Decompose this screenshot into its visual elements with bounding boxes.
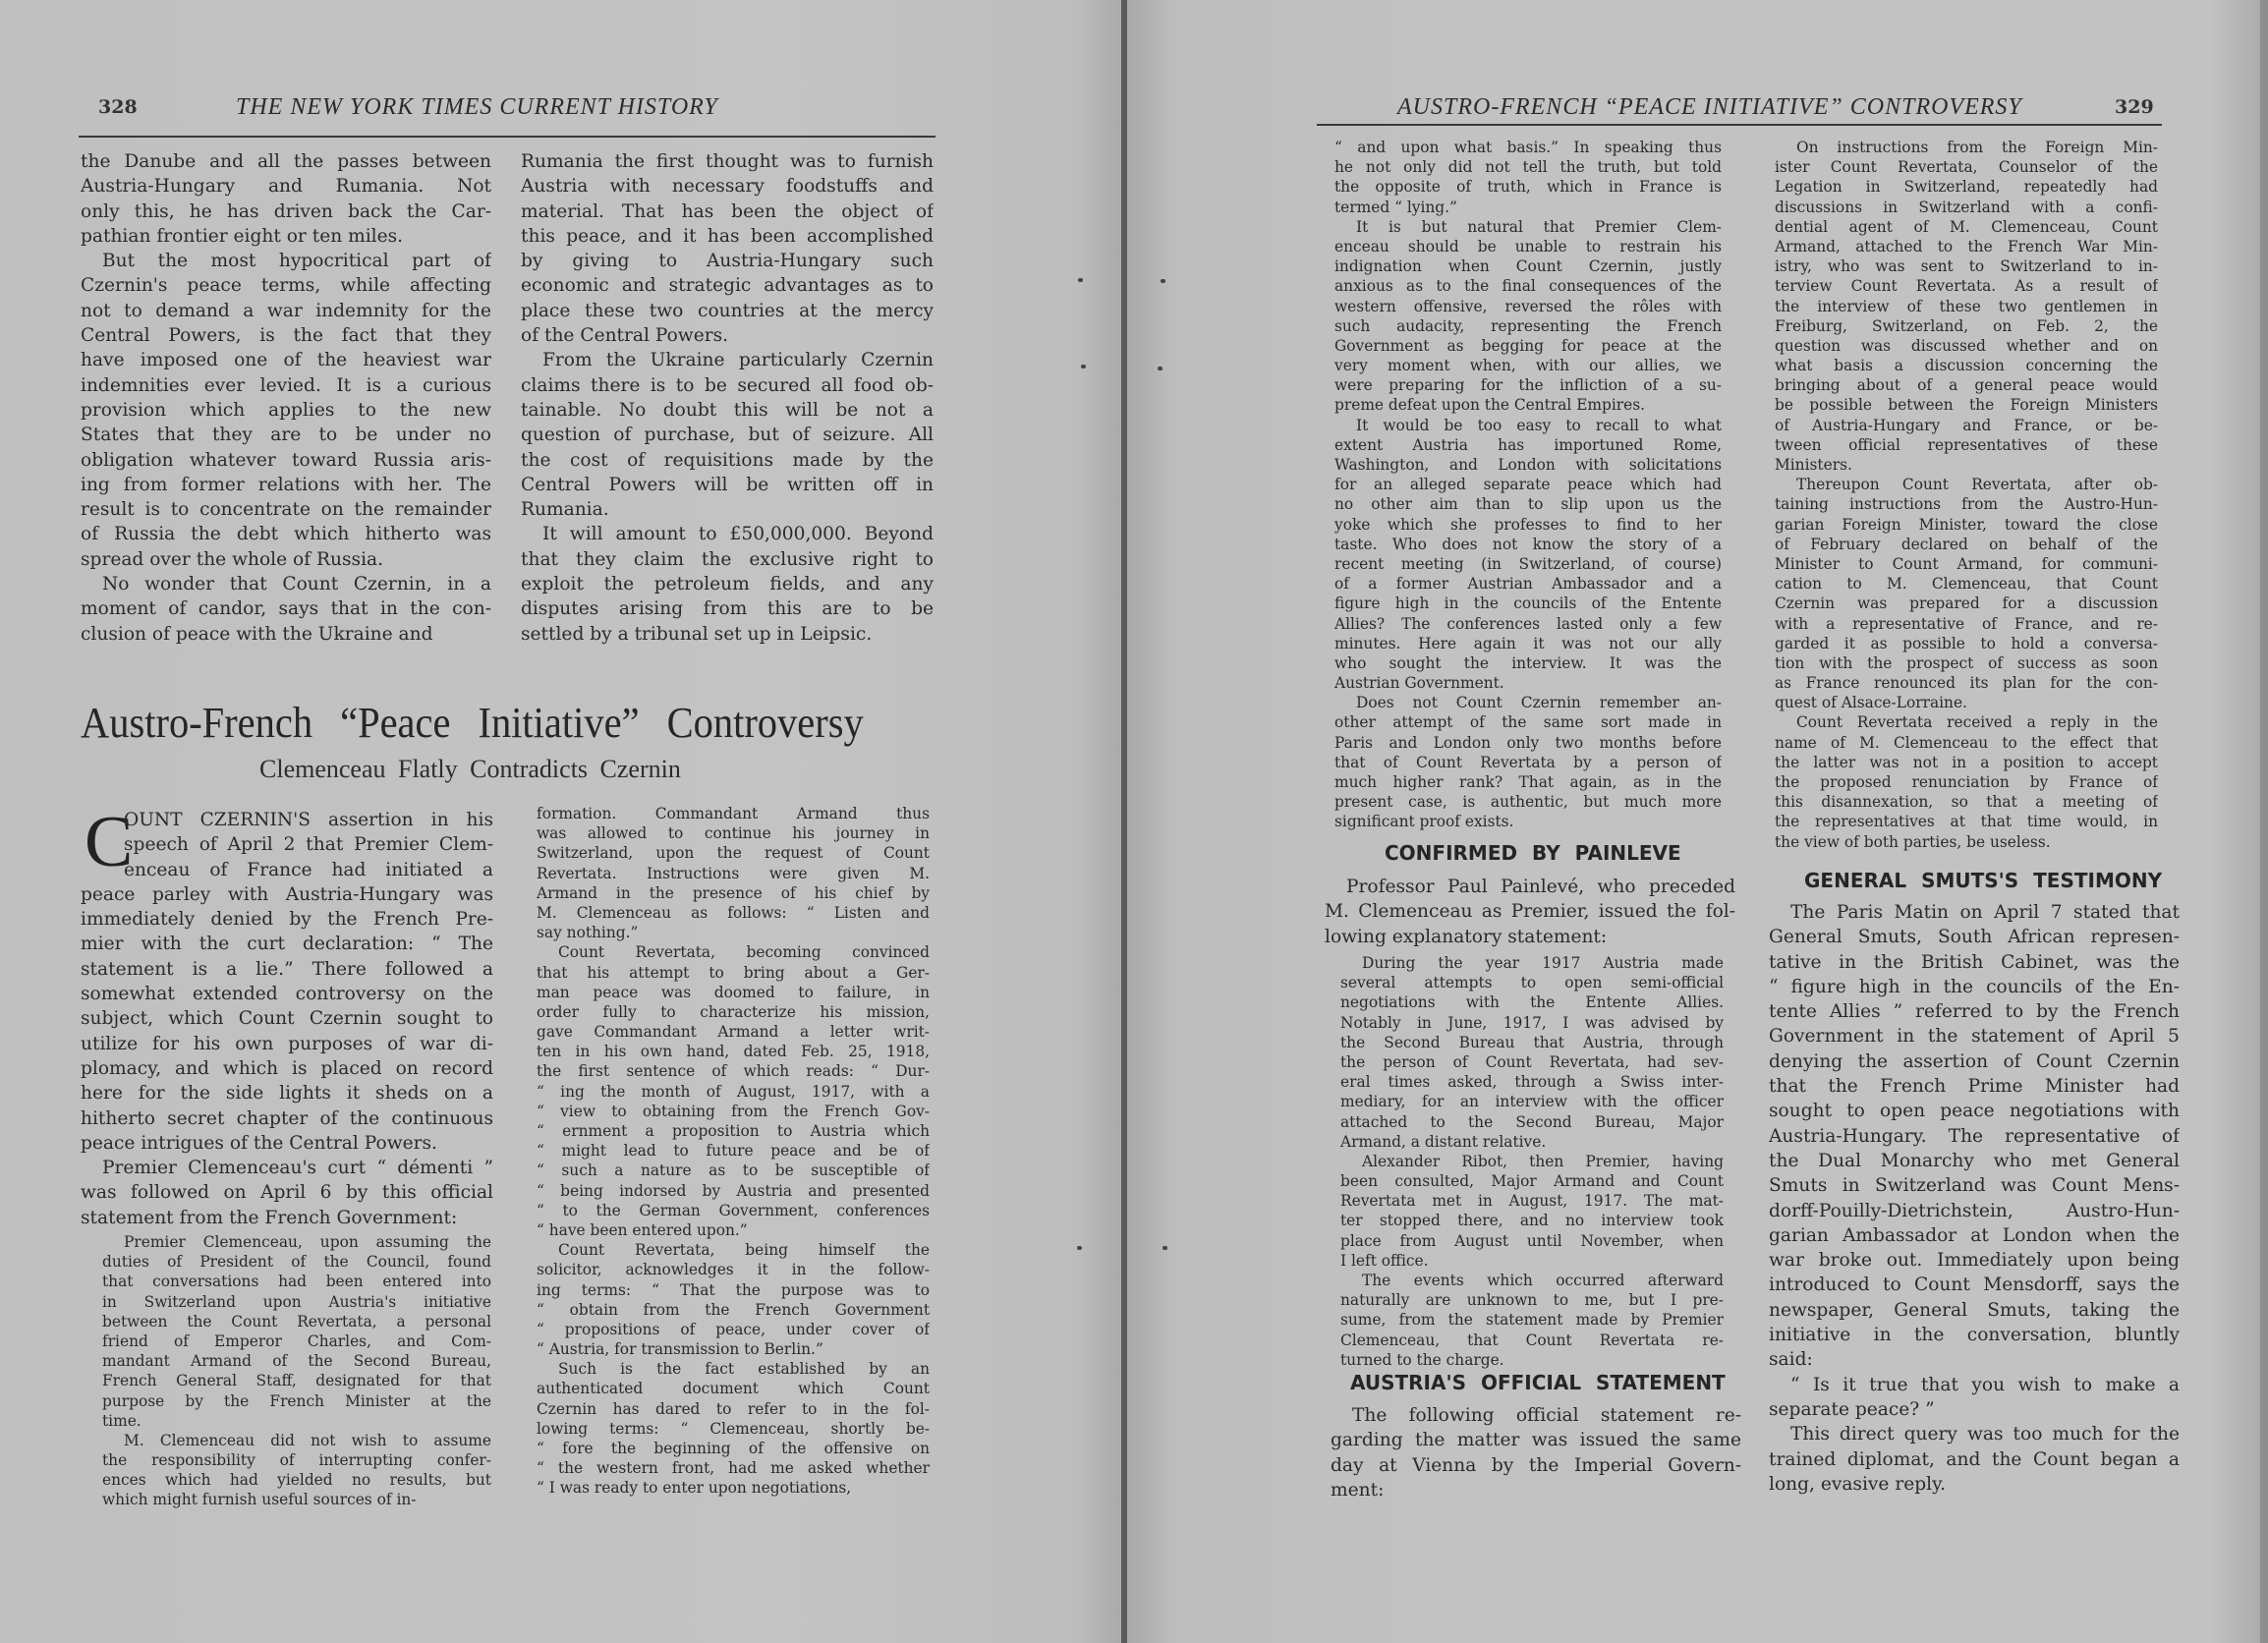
text-line: Washington, and London with solicitation… (1334, 455, 1722, 475)
article-intro: OUNT CZERNIN'S assertion in hisspeech of… (81, 808, 493, 1230)
text-line: dorff-Pouilly-Dietrichstein, Austro-Hun- (1769, 1199, 2180, 1223)
text-line: discussions in Switzerland with a confi- (1775, 198, 2158, 217)
text-line: long, evasive reply. (1769, 1472, 2180, 1497)
text-line: material. That has been the object of (521, 199, 934, 224)
text-line: French General Staff, designated for tha… (102, 1371, 491, 1390)
text-line: statement is a lie.” There followed a (81, 957, 493, 982)
text-line: Rumania. (521, 497, 934, 522)
text-line: the person of Count Revertata, had sev- (1340, 1052, 1724, 1072)
text-line: this peace, and it has been accomplished (521, 224, 934, 249)
text-line: “ view to obtaining from the French Gov- (537, 1102, 930, 1121)
text-line: Revertata. Instructions were given M. (537, 864, 930, 883)
text-line: mier with the curt declaration: “ The (81, 932, 493, 956)
text-line: several attempts to open semi-official (1340, 973, 1724, 992)
text-line: States that they are to be under no (81, 423, 491, 447)
speck (1158, 367, 1162, 370)
text-line: order fully to characterize his mission, (537, 1002, 930, 1022)
text-line: man peace was doomed to failure, in (537, 983, 930, 1002)
text-line: But the most hypocritical part of (81, 249, 491, 273)
text-line: in Switzerland upon Austria's initiative (102, 1292, 491, 1312)
text-line: be possible between the Foreign Minister… (1775, 395, 2158, 415)
text-line: The events which occurred afterward (1340, 1271, 1724, 1290)
text-line: This direct query was too much for the (1769, 1422, 2180, 1446)
text-line: M. Clemenceau as Premier, issued the fol… (1325, 899, 1735, 924)
text-line: Smuts in Switzerland was Count Mens- (1769, 1173, 2180, 1198)
text-line: garded it as possible to hold a conversa… (1775, 634, 2158, 653)
text-line: “ the western front, had me asked whethe… (537, 1458, 930, 1478)
text-line: say nothing.” (537, 923, 930, 942)
text-line: quest of Alsace-Lorraine. (1775, 693, 2158, 712)
text-line: initiative in the conversation, bluntly (1769, 1323, 2180, 1347)
text-line: indemnities ever levied. It is a curious (81, 373, 491, 398)
speck (1162, 1246, 1167, 1250)
text-line: utilize for his own purposes of war di- (81, 1032, 493, 1056)
text-line: spread over the whole of Russia. (81, 547, 491, 572)
text-line: which might furnish useful sources of in… (102, 1490, 491, 1509)
text-line: “ such a nature as to be susceptible of (537, 1161, 930, 1180)
text-line: the Dual Monarchy who met General (1769, 1149, 2180, 1173)
text-line: bringing about of a general peace would (1775, 375, 2158, 395)
text-line: Ministers. (1775, 455, 2158, 475)
text-line: for an alleged separate peace which had (1334, 475, 1722, 494)
text-line: ten in his own hand, dated Feb. 25, 1918… (537, 1042, 930, 1061)
text-line: “ and upon what basis.” In speaking thus (1334, 138, 1722, 157)
text-line: speech of April 2 that Premier Clem- (81, 832, 493, 857)
text-line: M. Clemenceau did not wish to assume (102, 1431, 491, 1450)
text-line: ences which had yielded no results, but (102, 1470, 491, 1490)
text-line: the responsibility of interrupting confe… (102, 1450, 491, 1470)
column-left-top: the Danube and all the passes betweenAus… (81, 149, 491, 647)
text-line: moment of candor, says that in the con- (81, 596, 491, 621)
text-line: other attempt of the same sort made in (1334, 712, 1722, 732)
text-line: “ fore the beginning of the offensive on (537, 1439, 930, 1458)
text-line: tente Allies ” referred to by the French (1769, 999, 2180, 1024)
section-heading-austria: AUSTRIA'S OFFICIAL STATEMENT (1350, 1371, 1726, 1394)
text-line: taste. Who does not know the story of a (1334, 535, 1722, 554)
text-line: Switzerland, upon the request of Count (537, 843, 930, 863)
text-line: time. (102, 1411, 491, 1431)
text-line: Premier Clemenceau's curt “ démenti ” (81, 1156, 493, 1180)
text-line: immediately denied by the French Pre- (81, 907, 493, 932)
text-line: preme defeat upon the Central Empires. (1334, 395, 1722, 415)
speck (1081, 365, 1086, 368)
text-line: here for the side lights it sheds on a (81, 1081, 493, 1105)
book-gutter (1121, 0, 1127, 1643)
text-line: question of purchase, but of seizure. Al… (521, 423, 934, 447)
text-line: western offensive, reversed the rôles wi… (1334, 297, 1722, 316)
text-line: Count Revertata, being himself the (537, 1240, 930, 1260)
austria-intro: The following official statement re-gard… (1331, 1403, 1741, 1502)
text-line: sought to open peace negotiations with (1769, 1099, 2180, 1123)
text-line: war broke out. Immediately upon being (1769, 1248, 2180, 1273)
text-line: that conversations had been entered into (102, 1272, 491, 1291)
page-number: 328 (98, 96, 138, 118)
text-line: day at Vienna by the Imperial Govern- (1331, 1453, 1741, 1478)
text-line: formation. Commandant Armand thus (537, 804, 930, 823)
text-line: enceau of France had initiated a (81, 858, 493, 882)
text-line: Rumania the first thought was to furnish (521, 149, 934, 174)
text-line: Czernin's peace terms, while affecting (81, 273, 491, 298)
text-line: It would be too easy to recall to what (1334, 416, 1722, 435)
text-line: name of M. Clemenceau to the effect that (1775, 733, 2158, 753)
text-line: only this, he has driven back the Car- (81, 199, 491, 224)
text-line: that of Count Revertata by a person of (1334, 753, 1722, 772)
text-line: extent Austria has importuned Rome, (1334, 435, 1722, 455)
text-line: “ have been entered upon.” (537, 1220, 930, 1240)
text-line: No wonder that Count Czernin, in a (81, 572, 491, 596)
text-line: “ ing the month of August, 1917, with a (537, 1082, 930, 1102)
text-line: claims there is to be secured all food o… (521, 373, 934, 398)
text-line: that they claim the exclusive right to (521, 547, 934, 572)
text-line: significant proof exists. (1334, 812, 1722, 831)
text-line: Armand, a distant relative. (1340, 1132, 1724, 1152)
text-line: ister Count Revertata, Counselor of the (1775, 157, 2158, 177)
text-line: of the Central Powers. (521, 323, 934, 348)
speck (1077, 1246, 1082, 1250)
text-line: of Austria-Hungary and France, or be- (1775, 416, 2158, 435)
page-number: 329 (2115, 96, 2154, 118)
text-line: Paris and London only two months before (1334, 733, 1722, 753)
text-line: no other aim than to slip upon us the (1334, 494, 1722, 514)
text-line: Austria with necessary foodstuffs and (521, 174, 934, 198)
text-line: ing from former relations with her. The (81, 473, 491, 497)
text-line: Czernin was prepared for a discussion (1775, 594, 2158, 613)
text-line: minutes. Here again it was not our ally (1334, 634, 1722, 653)
text-line: “ Is it true that you wish to make a (1769, 1373, 2180, 1397)
text-line: solicitor, acknowledges it in the follow… (537, 1260, 930, 1279)
austria-statement: On instructions from the Foreign Min-ist… (1775, 138, 2158, 852)
text-line: During the year 1917 Austria made (1340, 953, 1724, 973)
text-line: obligation whatever toward Russia aris- (81, 448, 491, 473)
text-line: tion with the prospect of success as soo… (1775, 653, 2158, 673)
running-head: THE NEW YORK TIMES CURRENT HISTORY (236, 94, 718, 128)
text-line: “ I was ready to enter upon negotiations… (537, 1478, 930, 1498)
text-line: Minister to Count Armand, for communi- (1775, 554, 2158, 574)
text-line: lowing explanatory statement: (1325, 925, 1735, 949)
text-line: who sought the interview. It was the (1334, 653, 1722, 673)
text-line: trained diplomat, and the Count began a (1769, 1447, 2180, 1472)
text-line: pathian frontier eight or ten miles. (81, 224, 491, 249)
text-line: Czernin has dared to refer to in the fol… (537, 1399, 930, 1419)
text-line: Freiburg, Switzerland, on Feb. 2, the (1775, 316, 2158, 336)
smuts-testimony: The Paris Matin on April 7 stated thatGe… (1769, 900, 2180, 1497)
text-line: “ Austria, for transmission to Berlin.” (537, 1339, 930, 1359)
text-line: negotiations with the Entente Allies. (1340, 992, 1724, 1012)
text-line: From the Ukraine particularly Czernin (521, 348, 934, 372)
text-line: taining instructions from the Austro-Hun… (1775, 494, 2158, 514)
text-line: much higher rank? That again, as in the (1334, 772, 1722, 792)
article-title: Austro-French “Peace Initiative” Controv… (81, 698, 864, 748)
text-line: the proposed renunciation by France of (1775, 772, 2158, 792)
text-line: gave Commandant Armand a letter writ- (537, 1022, 930, 1042)
text-line: yoke which she professes to find to her (1334, 515, 1722, 535)
text-line: place these two countries at the mercy (521, 299, 934, 323)
text-line: Such is the fact established by an (537, 1359, 930, 1379)
text-line: very moment when, with our allies, we (1334, 356, 1722, 375)
text-line: the first sentence of which reads: “ Dur… (537, 1061, 930, 1081)
text-line: the latter was not in a position to acce… (1775, 753, 2158, 772)
text-line: duties of President of the Council, foun… (102, 1252, 491, 1272)
section-heading-smuts: GENERAL SMUTS'S TESTIMONY (1804, 869, 2162, 892)
text-line: ing terms: “ That the purpose was to (537, 1280, 930, 1300)
text-line: such audacity, representing the French (1334, 316, 1722, 336)
column-right-top: Rumania the first thought was to furnish… (521, 149, 934, 647)
text-line: ter stopped there, and no interview took (1340, 1211, 1724, 1230)
text-line: OUNT CZERNIN'S assertion in his (81, 808, 493, 832)
text-line: figure high in the councils of the Enten… (1334, 594, 1722, 613)
text-line: that his attempt to bring about a Ger- (537, 963, 930, 983)
text-line: M. Clemenceau as follows: “ Listen and (537, 903, 930, 923)
text-line: Central Powers, is the fact that they (81, 323, 491, 348)
text-line: Government as begging for peace at the (1334, 336, 1722, 356)
text-line: “ figure high in the councils of the En- (1769, 975, 2180, 999)
text-line: the Danube and all the passes between (81, 149, 491, 174)
text-line: istry, who was sent to Switzerland to in… (1775, 256, 2158, 276)
text-line: “ to the German Government, conferences (537, 1201, 930, 1220)
speck (1078, 278, 1083, 282)
text-line: the Second Bureau that Austria, through (1340, 1033, 1724, 1052)
text-line: Count Revertata, becoming convinced (537, 942, 930, 962)
text-line: that the French Prime Minister had (1769, 1074, 2180, 1099)
text-line: provision which applies to the new (81, 398, 491, 423)
text-line: garding the matter was issued the same (1331, 1428, 1741, 1452)
text-line: of a former Austrian Ambassador and a (1334, 574, 1722, 594)
text-line: this disannexation, so that a meeting of (1775, 792, 2158, 812)
text-line: been consulted, Major Armand and Count (1340, 1171, 1724, 1191)
running-head: AUSTRO-FRENCH “PEACE INITIATIVE” CONTROV… (1397, 94, 2022, 128)
text-line: have imposed one of the heaviest war (81, 348, 491, 372)
text-line: tween official representatives of these (1775, 435, 2158, 455)
text-line: tative in the British Cabinet, was the (1769, 950, 2180, 975)
text-line: the view of both parties, be useless. (1775, 832, 2158, 852)
text-line: question was discussed whether and on (1775, 336, 2158, 356)
text-line: he not only did not tell the truth, but … (1334, 157, 1722, 177)
text-line: peace parley with Austria-Hungary was (81, 882, 493, 907)
text-line: disputes arising from this are to be (521, 596, 934, 621)
text-line: between the Count Revertata, a personal (102, 1312, 491, 1331)
text-line: the cost of requisitions made by the (521, 448, 934, 473)
text-line: Legation in Switzerland, repeatedly had (1775, 177, 2158, 197)
text-line: It will amount to £50,000,000. Beyond (521, 522, 934, 546)
header-rule (1317, 124, 2162, 126)
text-line: of Russia the debt which hitherto was (81, 522, 491, 546)
text-line: friend of Emperor Charles, and Com- (102, 1331, 491, 1351)
section-heading-painleve: CONFIRMED BY PAINLEVE (1385, 841, 1681, 865)
painleve-statement: During the year 1917 Austria madeseveral… (1340, 953, 1724, 1370)
text-line: Allies? The conferences lasted only a fe… (1334, 614, 1722, 634)
french-statement-col2: formation. Commandant Armand thuswas all… (537, 804, 930, 1499)
text-line: Thereupon Count Revertata, after ob- (1775, 475, 2158, 494)
text-line: garian Foreign Minister, toward the clos… (1775, 515, 2158, 535)
text-line: not to demand a war indemnity for the (81, 299, 491, 323)
text-line: Professor Paul Painlevé, who preceded (1325, 875, 1735, 899)
text-line: enceau should be unable to restrain his (1334, 237, 1722, 256)
text-line: recent meeting (in Switzerland, of cours… (1334, 554, 1722, 574)
text-line: termed “ lying.” (1334, 198, 1722, 217)
text-line: the representatives at that time would, … (1775, 812, 2158, 831)
page-edge (2260, 0, 2268, 1643)
text-line: eral times asked, through a Swiss inter- (1340, 1072, 1724, 1092)
text-line: tainable. No doubt this will be not a (521, 398, 934, 423)
text-line: Armand, attached to the French War Min- (1775, 237, 2158, 256)
text-line: It is but natural that Premier Clem- (1334, 217, 1722, 237)
title-word: Initiative” (478, 698, 639, 748)
text-line: Alexander Ribot, then Premier, having (1340, 1152, 1724, 1171)
text-line: “ ernment a proposition to Austria which (537, 1121, 930, 1141)
text-line: Government in the statement of April 5 (1769, 1024, 2180, 1048)
text-line: statement from the French Government: (81, 1206, 493, 1230)
text-line: Revertata met in August, 1917. The mat- (1340, 1191, 1724, 1211)
text-line: the opposite of truth, which in France i… (1334, 177, 1722, 197)
text-line: with a representative of France, and re- (1775, 614, 2158, 634)
text-line: garian Ambassador at London when the (1769, 1223, 2180, 1248)
text-line: “ might lead to future peace and be of (537, 1141, 930, 1161)
text-line: hitherto secret chapter of the continuou… (81, 1106, 493, 1131)
text-line: plomacy, and which is placed on record (81, 1056, 493, 1081)
text-line: Count Revertata received a reply in the (1775, 712, 2158, 732)
text-line: what basis a discussion concerning the (1775, 356, 2158, 375)
text-line: authenticated document which Count (537, 1379, 930, 1398)
text-line: anxious as to the final consequences of … (1334, 276, 1722, 296)
text-line: were preparing for the infliction of a s… (1334, 375, 1722, 395)
text-line: naturally are unknown to me, but I pre- (1340, 1290, 1724, 1310)
text-line: Austria-Hungary. The representative of (1769, 1124, 2180, 1149)
text-line: result is to concentrate on the remainde… (81, 497, 491, 522)
text-line: mediary, for an interview with the offic… (1340, 1092, 1724, 1111)
text-line: introduced to Count Mensdorff, says the (1769, 1273, 2180, 1297)
speck (1161, 279, 1165, 283)
text-line: “ propositions of peace, under cover of (537, 1320, 930, 1339)
text-line: Austria-Hungary and Rumania. Not (81, 174, 491, 198)
french-statement-col1: Premier Clemenceau, upon assuming thedut… (102, 1232, 491, 1510)
text-line: Does not Count Czernin remember an- (1334, 693, 1722, 712)
text-line: was followed on April 6 by this official (81, 1180, 493, 1205)
text-line: separate peace? ” (1769, 1397, 2180, 1422)
text-line: “ being indorsed by Austria and presente… (537, 1181, 930, 1201)
header-rule (79, 136, 936, 138)
text-line: purpose by the French Minister at the (102, 1391, 491, 1411)
text-line: attached to the Second Bureau, Major (1340, 1112, 1724, 1132)
text-line: subject, which Count Czernin sought to (81, 1006, 493, 1031)
title-word: “Peace (340, 698, 450, 748)
text-line: mandant Armand of the Second Bureau, (102, 1351, 491, 1371)
text-line: cation to M. Clemenceau, that Count (1775, 574, 2158, 594)
text-line: the interview of these two gentlemen in (1775, 297, 2158, 316)
painleve-intro: Professor Paul Painlevé, who precededM. … (1325, 875, 1735, 949)
text-line: dential agent of M. Clemenceau, Count (1775, 217, 2158, 237)
text-line: peace intrigues of the Central Powers. (81, 1131, 493, 1156)
text-line: place from August until November, when (1340, 1231, 1724, 1251)
text-line: I left office. (1340, 1251, 1724, 1271)
text-line: Clemenceau, that Count Revertata re- (1340, 1331, 1724, 1350)
text-line: denying the assertion of Count Czernin (1769, 1049, 2180, 1074)
text-line: The Paris Matin on April 7 stated that (1769, 900, 2180, 925)
text-line: turned to the charge. (1340, 1350, 1724, 1370)
text-line: Central Powers will be written off in (521, 473, 934, 497)
text-line: was allowed to continue his journey in (537, 823, 930, 843)
text-line: Premier Clemenceau, upon assuming the (102, 1232, 491, 1252)
title-word: Austro-French (81, 698, 312, 748)
text-line: ment: (1331, 1478, 1741, 1502)
text-line: economic and strategic advantages as to (521, 273, 934, 298)
text-line: On instructions from the Foreign Min- (1775, 138, 2158, 157)
text-line: lowing terms: “ Clemenceau, shortly be- (537, 1419, 930, 1439)
text-line: as France renounced its plan for the con… (1775, 673, 2158, 693)
text-line: “ obtain from the French Government (537, 1300, 930, 1320)
french-statement-continued: “ and upon what basis.” In speaking thus… (1334, 138, 1722, 832)
title-word: Controversy (667, 698, 864, 748)
text-line: Armand in the presence of his chief by (537, 883, 930, 903)
text-line: settled by a tribunal set up in Leipsic. (521, 622, 934, 647)
text-line: by giving to Austria-Hungary such (521, 249, 934, 273)
text-line: The following official statement re- (1331, 1403, 1741, 1428)
text-line: General Smuts, South African represen- (1769, 925, 2180, 949)
text-line: said: (1769, 1347, 2180, 1372)
text-line: Austrian Government. (1334, 673, 1722, 693)
text-line: newspaper, General Smuts, taking the (1769, 1298, 2180, 1323)
text-line: present case, is authentic, but much mor… (1334, 792, 1722, 812)
text-line: exploit the petroleum fields, and any (521, 572, 934, 596)
text-line: Notably in June, 1917, I was advised by (1340, 1013, 1724, 1033)
text-line: of February declared on behalf of the (1775, 535, 2158, 554)
text-line: terview Count Revertata. As a result of (1775, 276, 2158, 296)
text-line: somewhat extended controversy on the (81, 982, 493, 1006)
text-line: indignation when Count Czernin, justly (1334, 256, 1722, 276)
article-subtitle: Clemenceau Flatly Contradicts Czernin (259, 755, 681, 784)
text-line: sume, from the statement made by Premier (1340, 1310, 1724, 1330)
text-line: clusion of peace with the Ukraine and (81, 622, 491, 647)
